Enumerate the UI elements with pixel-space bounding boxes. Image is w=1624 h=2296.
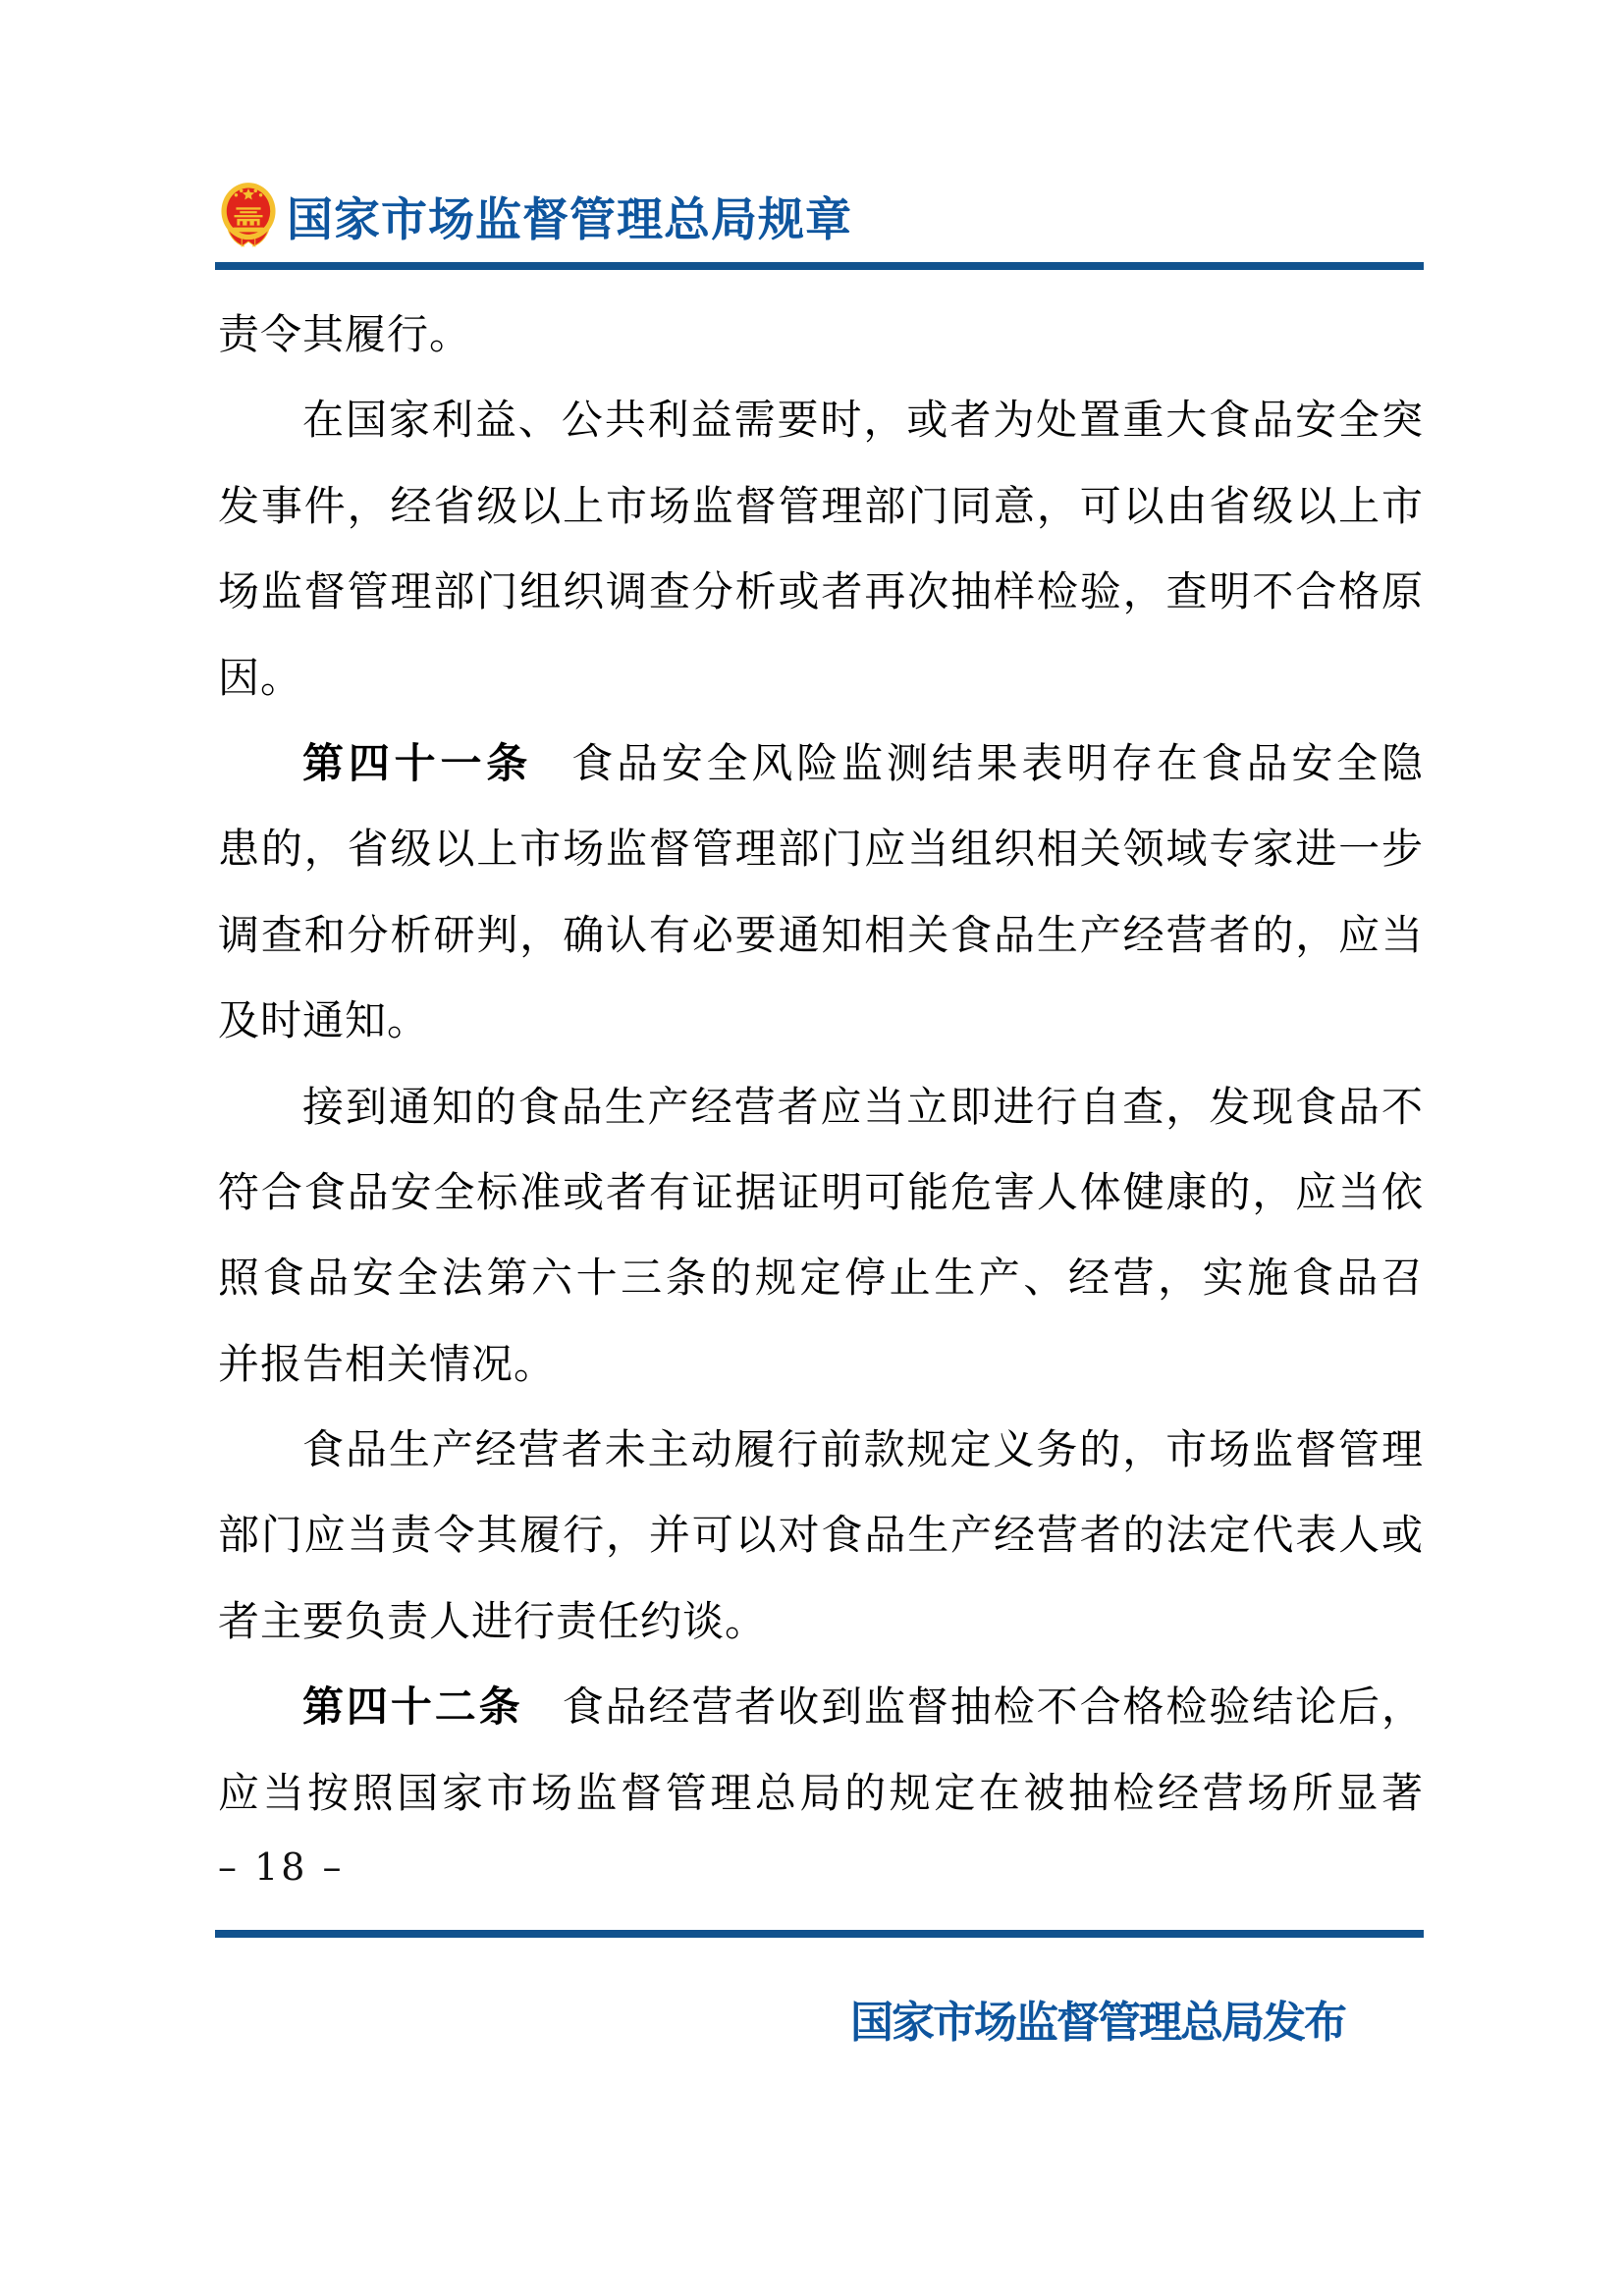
body-line-text: 者主要负责人进行责任约谈。: [218, 1597, 767, 1645]
body-line-text: 食品安全风险监测结果表明存在食品安全隐: [571, 739, 1424, 787]
body-line-text: 部门应当责令其履行，并可以对食品生产经营者的法定代表人或: [218, 1511, 1424, 1559]
body-line-text: 因。: [218, 654, 302, 702]
body-line-text: 场监督管理部门组织调查分析或者再次抽样检验，查明不合格原: [218, 567, 1424, 615]
body-line: 发事件，经省级以上市场监督管理部门同意，可以由省级以上市: [218, 463, 1424, 549]
body-line: 照食品安全法第六十三条的规定停止生产、经营，实施食品召回，: [218, 1235, 1424, 1320]
body-line: 并报告相关情况。: [218, 1321, 1424, 1407]
body-line: 者主要负责人进行责任约谈。: [218, 1578, 1424, 1664]
body-line: 应当按照国家市场监督管理总局的规定在被抽检经营场所显著: [218, 1750, 1424, 1836]
body-line: 第四十二条食品经营者收到监督抽检不合格检验结论后，: [218, 1664, 1424, 1749]
publisher-label: 国家市场监督管理总局发布: [218, 1987, 1424, 2050]
body-line: 在国家利益、公共利益需要时，或者为处置重大食品安全突: [218, 377, 1424, 462]
body-line-text: 并报告相关情况。: [218, 1340, 556, 1388]
document-body: 责令其履行。在国家利益、公共利益需要时，或者为处置重大食品安全突发事件，经省级以…: [218, 292, 1424, 1836]
article-number: 第四十一条: [302, 739, 532, 787]
body-line: 食品生产经营者未主动履行前款规定义务的，市场监督管理: [218, 1407, 1424, 1492]
body-line: 责令其履行。: [218, 292, 1424, 377]
body-line-text: 食品生产经营者未主动履行前款规定义务的，市场监督管理: [302, 1425, 1424, 1473]
body-line: 及时通知。: [218, 978, 1424, 1063]
body-line: 部门应当责令其履行，并可以对食品生产经营者的法定代表人或: [218, 1492, 1424, 1577]
document-page: { "header": { "title": "国家市场监督管理总局规章", "…: [0, 0, 1624, 2296]
body-line: 接到通知的食品生产经营者应当立即进行自查，发现食品不: [218, 1064, 1424, 1149]
body-line: 场监督管理部门组织调查分析或者再次抽样检验，查明不合格原: [218, 549, 1424, 634]
body-line-text: 发事件，经省级以上市场监督管理部门同意，可以由省级以上市: [218, 482, 1424, 530]
body-line-text: 符合食品安全标准或者有证据证明可能危害人体健康的，应当依: [218, 1168, 1424, 1216]
body-line-text: 在国家利益、公共利益需要时，或者为处置重大食品安全突: [302, 396, 1424, 444]
body-line-text: 调查和分析研判，确认有必要通知相关食品生产经营者的，应当: [218, 911, 1424, 959]
footer-rule: [215, 1930, 1424, 1938]
body-line: 符合食品安全标准或者有证据证明可能危害人体健康的，应当依: [218, 1149, 1424, 1235]
body-line: 第四十一条食品安全风险监测结果表明存在食品安全隐: [218, 721, 1424, 806]
body-line-text: 患的，省级以上市场监督管理部门应当组织相关领域专家进一步: [218, 825, 1424, 873]
body-line-text: 及时通知。: [218, 996, 429, 1044]
header-rule: [215, 262, 1424, 270]
body-line: 因。: [218, 635, 1424, 721]
header: 国家市场监督管理总局规章: [220, 181, 1428, 251]
body-line-text: 照食品安全法第六十三条的规定停止生产、经营，实施食品召回，: [218, 1254, 1424, 1320]
article-number: 第四十二条: [302, 1682, 523, 1731]
body-line-text: 食品经营者收到监督抽检不合格检验结论后，: [563, 1682, 1424, 1731]
body-line: 患的，省级以上市场监督管理部门应当组织相关领域专家进一步: [218, 806, 1424, 891]
body-line-text: 应当按照国家市场监督管理总局的规定在被抽检经营场所显著: [218, 1769, 1424, 1817]
body-line-text: 责令其履行。: [218, 310, 471, 358]
body-line-text: 接到通知的食品生产经营者应当立即进行自查，发现食品不: [302, 1083, 1424, 1131]
china-national-emblem-icon: [220, 182, 277, 250]
body-line: 调查和分析研判，确认有必要通知相关食品生产经营者的，应当: [218, 892, 1424, 978]
page-number: – 18 –: [218, 1845, 345, 1889]
page-title: 国家市场监督管理总局规章: [287, 184, 852, 249]
